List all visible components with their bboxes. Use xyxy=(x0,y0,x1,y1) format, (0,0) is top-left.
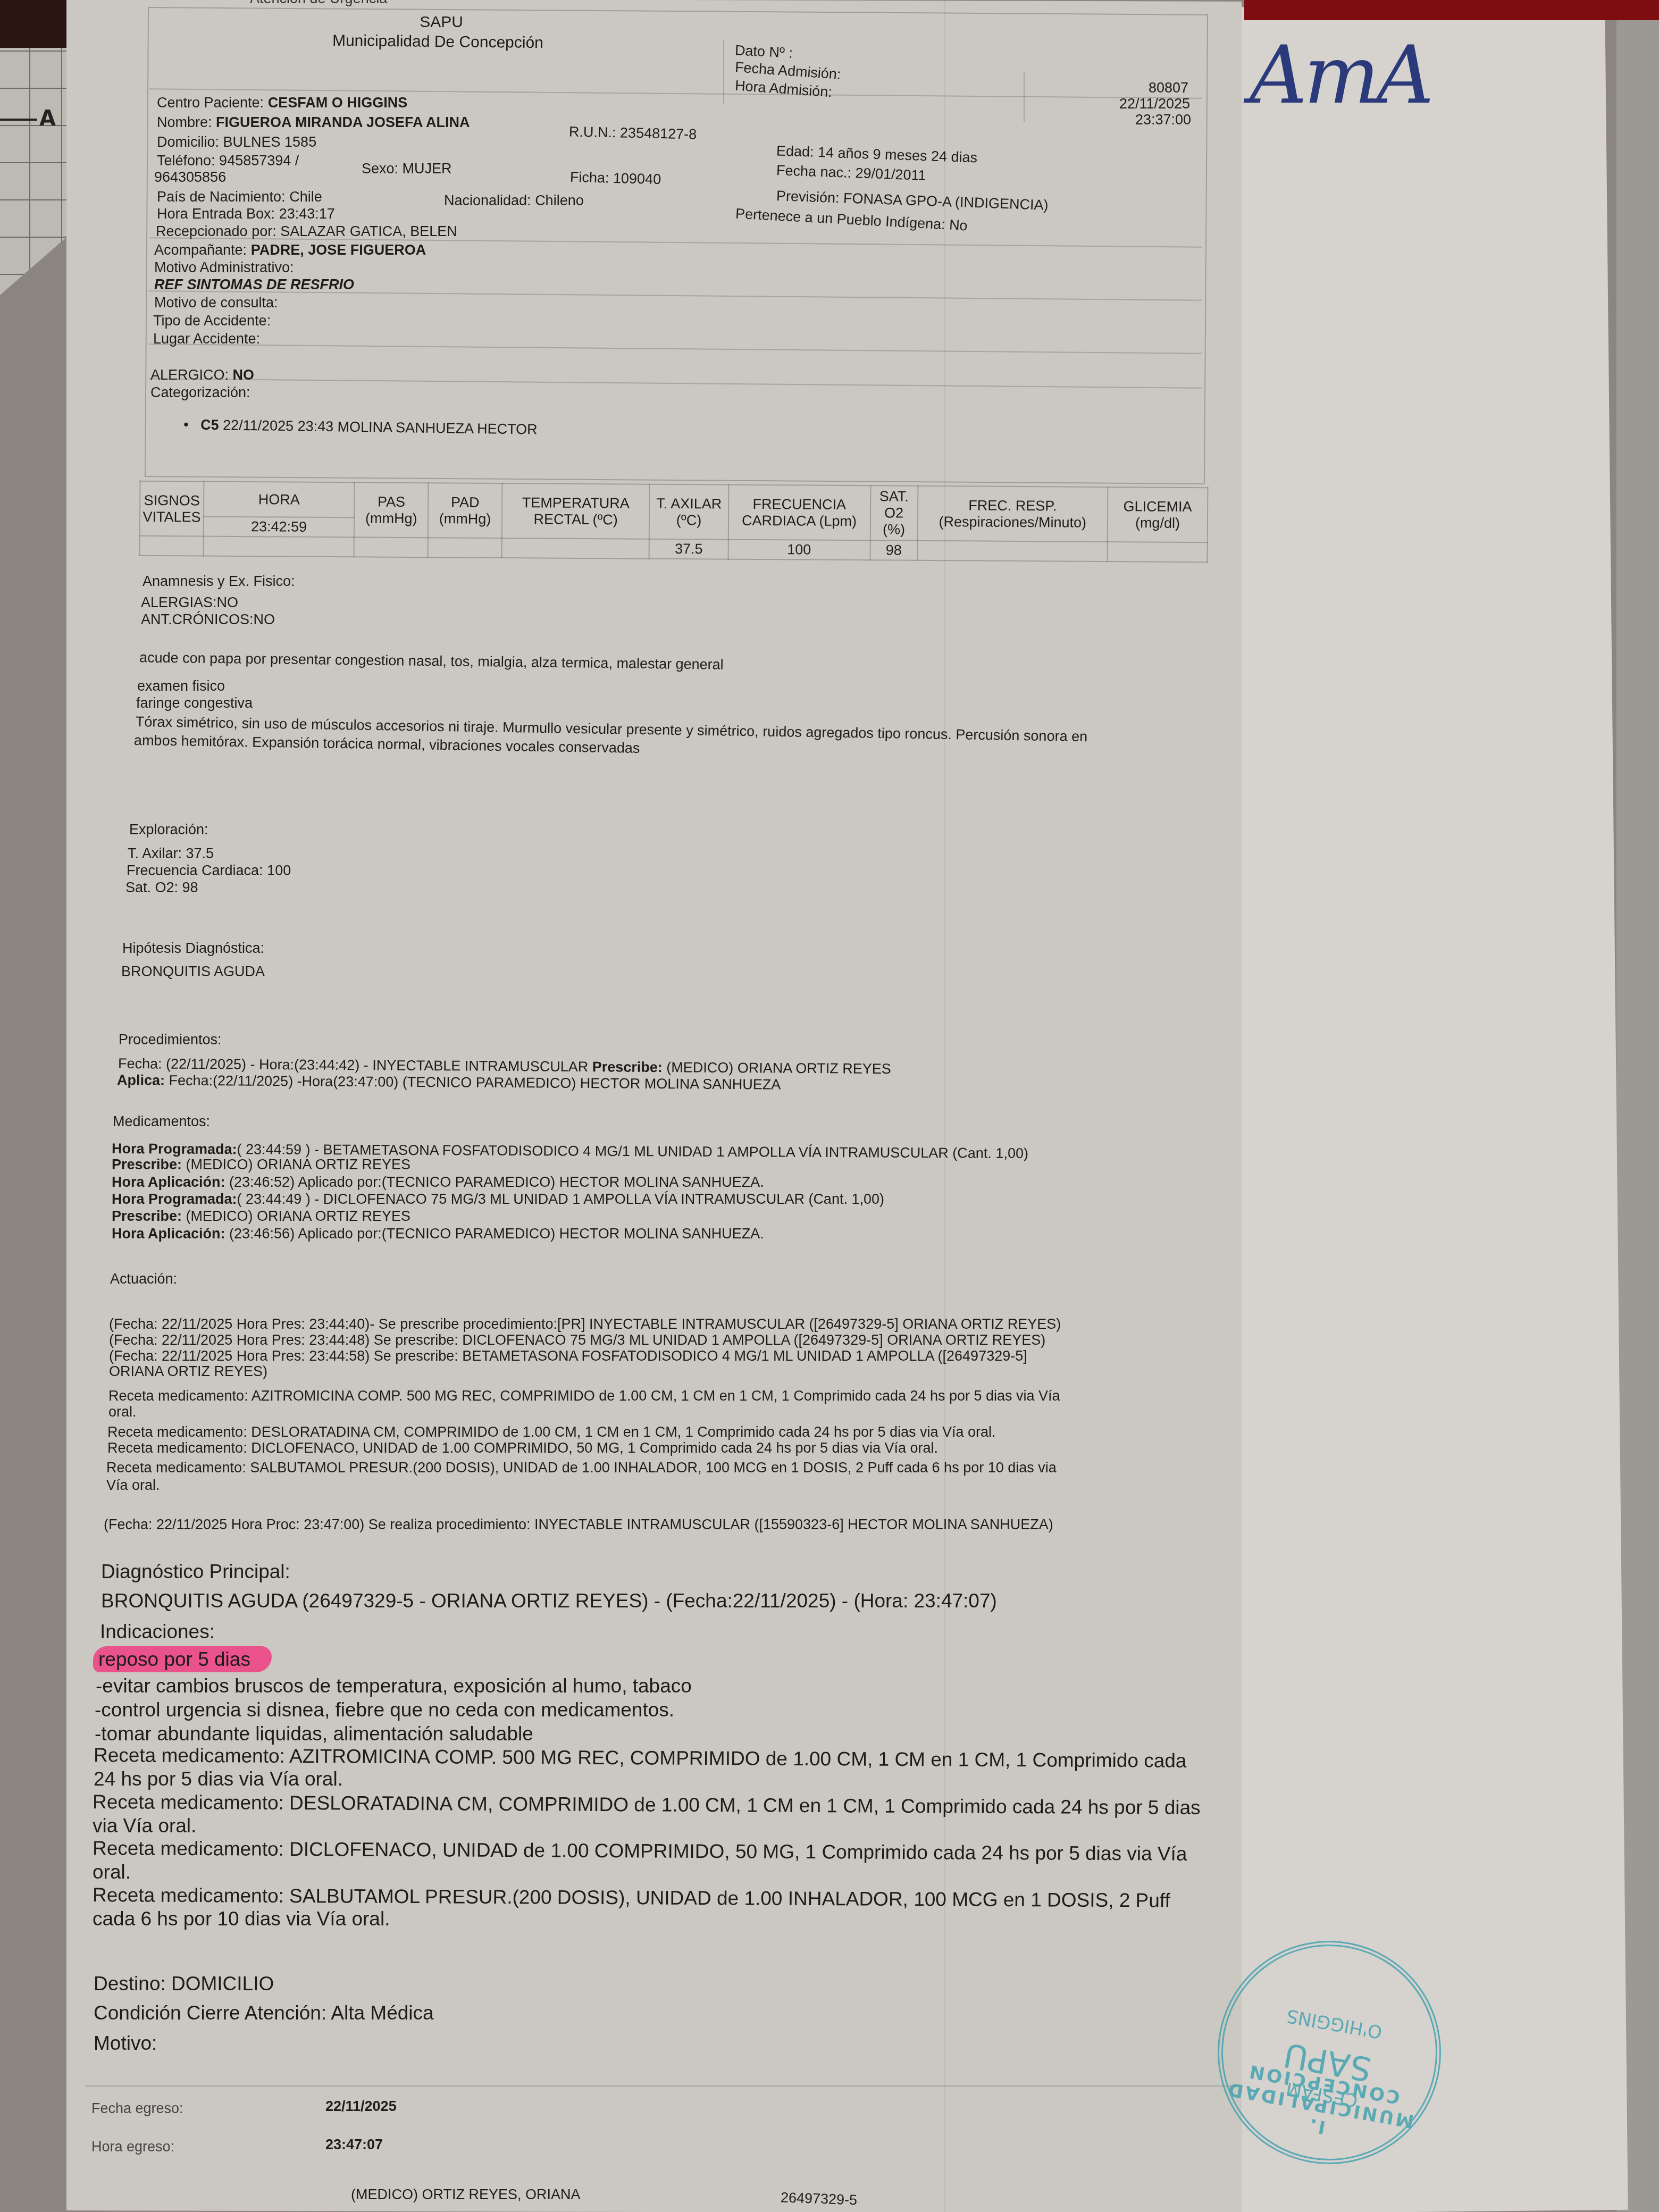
indicacion-line: via Vía oral. xyxy=(93,1815,196,1837)
actuacion-line: Receta medicamento: DICLOFENACO, UNIDAD … xyxy=(107,1440,938,1456)
hora-egreso-value: 23:47:07 xyxy=(325,2136,383,2153)
medicamento-programada: Hora Programada:( 23:44:49 ) - DICLOFENA… xyxy=(112,1191,884,1208)
header-title-cut: Atención de Urgencia xyxy=(250,0,387,7)
vitals-header: T. AXILAR (ºC) xyxy=(649,484,728,540)
org-name: SAPU xyxy=(362,13,521,31)
examen-faringe: faringe congestiva xyxy=(136,695,253,711)
vitals-frecuencia-cardiaca: 100 xyxy=(728,540,870,560)
exploracion-line: Frecuencia Cardiaca: 100 xyxy=(127,862,291,879)
fecha-egreso-value: 22/11/2025 xyxy=(325,2098,397,2115)
centro-paciente: Centro Paciente: CESFAM O HIGGINS xyxy=(157,95,407,111)
exploracion-title: Exploración: xyxy=(129,822,208,838)
motivo-cierre: Motivo: xyxy=(94,2032,157,2055)
patient-name: Nombre: FIGUEROA MIRANDA JOSEFA ALINA xyxy=(157,114,470,131)
patient-country: País de Nacimiento: Chile xyxy=(157,189,322,205)
patient-address: Domicilio: BULNES 1585 xyxy=(157,134,316,150)
alergico: ALERGICO: NO xyxy=(150,367,254,383)
actuacion-line: (Fecha: 22/11/2025 Hora Pres: 23:44:48) … xyxy=(109,1332,1045,1348)
highlighter-mark: reposo por 5 dias xyxy=(93,1646,272,1672)
medicamento-prescribe: Prescribe: (MEDICO) ORIANA ORTIZ REYES xyxy=(112,1157,410,1173)
hora-entrada-box: Hora Entrada Box: 23:43:17 xyxy=(157,206,335,222)
vitals-header: HORA xyxy=(204,482,355,518)
vitals-header: SAT. O2 (%) xyxy=(870,485,918,541)
vitals-header: GLICEMIA (mg/dl) xyxy=(1108,487,1208,542)
patient-phone: Teléfono: 945857394 / xyxy=(157,153,299,169)
background-paper-sheet xyxy=(1190,3,1628,2212)
patient-phone-2: 964305856 xyxy=(154,169,226,186)
motivo-consulta-label: Motivo de consulta: xyxy=(154,295,278,311)
exploracion-line: T. Axilar: 37.5 xyxy=(128,845,214,862)
destino: Destino: DOMICILIO xyxy=(94,1973,274,1995)
medico-run: 26497329-5 xyxy=(781,2189,858,2208)
vitals-t-axilar: 37.5 xyxy=(649,539,728,559)
hipotesis-title: Hipótesis Diagnóstica: xyxy=(122,940,264,957)
indicacion-reposo: reposo por 5 dias xyxy=(98,1648,272,1671)
fecha-egreso-label: Fecha egreso: xyxy=(91,2100,183,2117)
actuacion-line: Vía oral. xyxy=(106,1477,160,1494)
indicacion-line: -evitar cambios bruscos de temperatura, … xyxy=(96,1675,692,1697)
vitals-header: TEMPERATURA RECTAL (ºC) xyxy=(502,483,650,539)
vitals-header: SIGNOS VITALES xyxy=(140,481,204,537)
background-dark-corner xyxy=(0,0,74,48)
background-red-object xyxy=(1244,0,1659,20)
hora-admision-value: 23:37:00 xyxy=(1135,112,1191,128)
actuacion-title: Actuación: xyxy=(110,1271,177,1287)
actuacion-line: Receta medicamento: SALBUTAMOL PRESUR.(2… xyxy=(106,1460,1057,1476)
vitals-header: FREC. RESP. (Respiraciones/Minuto) xyxy=(917,486,1108,542)
procedimiento-realizado: (Fecha: 22/11/2025 Hora Proc: 23:47:00) … xyxy=(104,1516,1053,1533)
medico-firma: (MEDICO) ORTIZ REYES, ORIANA xyxy=(351,2186,581,2203)
patient-ficha: Ficha: 109040 xyxy=(570,169,661,188)
indicacion-line: -control urgencia si disnea, fiebre que … xyxy=(95,1699,674,1721)
actuacion-line: Receta medicamento: AZITROMICINA COMP. 5… xyxy=(108,1388,1060,1404)
indicacion-line: cada 6 hs por 10 dias via Vía oral. xyxy=(93,1908,390,1930)
municipality-name: Municipalidad De Concepción xyxy=(332,32,543,52)
margin-handwritten-mark: A xyxy=(0,106,56,131)
indicacion-line: -tomar abundante liquidas, alimentación … xyxy=(95,1723,533,1745)
vitals-header: PAS (mmHg) xyxy=(354,482,428,538)
anamnesis-alergias: ALERGIAS:NO xyxy=(141,594,238,611)
medicamentos-title: Medicamentos: xyxy=(113,1113,210,1130)
dato-label: Dato Nº : xyxy=(734,42,793,62)
actuacion-line: (Fecha: 22/11/2025 Hora Pres: 23:44:40)-… xyxy=(109,1316,1061,1333)
patient-sex: Sexo: MUJER xyxy=(362,161,452,177)
actuacion-line: Receta medicamento: DESLORATADINA CM, CO… xyxy=(107,1424,996,1440)
anamnesis-ant-cronicos: ANT.CRÓNICOS:NO xyxy=(141,611,275,628)
vitals-header: FRECUENCIA CARDIACA (Lpm) xyxy=(728,485,870,541)
exploracion-line: Sat. O2: 98 xyxy=(125,879,198,896)
categorizacion-label: Categorización: xyxy=(150,384,250,401)
medicamento-aplicacion: Hora Aplicación: (23:46:52) Aplicado por… xyxy=(112,1174,764,1191)
anamnesis-title: Anamnesis y Ex. Fisico: xyxy=(143,573,295,590)
dato-value: 80807 xyxy=(1149,80,1188,96)
patient-nationality: Nacionalidad: Chileno xyxy=(444,192,584,209)
vitals-hora: 23:42:59 xyxy=(204,517,355,538)
examen-fisico-title: examen fisico xyxy=(137,678,225,694)
vitals-header: PAD (mmHg) xyxy=(428,483,502,538)
vitals-header-row: SIGNOS VITALES HORA PAS (mmHg) PAD (mmHg… xyxy=(140,481,1208,523)
patient-run: R.U.N.: 23548127-8 xyxy=(569,123,697,143)
vitals-sat-o2: 98 xyxy=(870,540,917,560)
procedimientos-title: Procedimientos: xyxy=(119,1032,222,1048)
actuacion-line: ORIANA ORTIZ REYES) xyxy=(109,1363,267,1380)
handwritten-note: AmA xyxy=(1250,29,1431,122)
motivo-administrativo-label: Motivo Administrativo: xyxy=(154,259,294,276)
indicaciones-title: Indicaciones: xyxy=(100,1621,215,1643)
condicion-cierre: Condición Cierre Atención: Alta Médica xyxy=(94,2002,434,2024)
medicamento-prescribe: Prescribe: (MEDICO) ORIANA ORTIZ REYES xyxy=(112,1208,410,1225)
diagnostico-value: BRONQUITIS AGUDA (26497329-5 - ORIANA OR… xyxy=(101,1590,997,1612)
indicacion-line: 24 hs por 5 dias via Vía oral. xyxy=(94,1768,343,1790)
indicacion-line: oral. xyxy=(93,1861,131,1883)
hora-egreso-label: Hora egreso: xyxy=(91,2139,174,2155)
acompanante: Acompañante: PADRE, JOSE FIGUEROA xyxy=(154,242,426,258)
vital-signs-table: SIGNOS VITALES HORA PAS (mmHg) PAD (mmHg… xyxy=(139,481,1209,563)
actuacion-line: oral. xyxy=(108,1404,137,1420)
background-grid-notebook xyxy=(0,45,72,295)
actuacion-line: (Fecha: 22/11/2025 Hora Pres: 23:44:58) … xyxy=(109,1348,1027,1364)
diagnostico-title: Diagnóstico Principal: xyxy=(101,1561,290,1583)
medicamento-aplicacion: Hora Aplicación: (23:46:56) Aplicado por… xyxy=(112,1226,764,1242)
tipo-accidente-label: Tipo de Accidente: xyxy=(153,313,271,329)
hipotesis-value: BRONQUITIS AGUDA xyxy=(121,963,265,980)
